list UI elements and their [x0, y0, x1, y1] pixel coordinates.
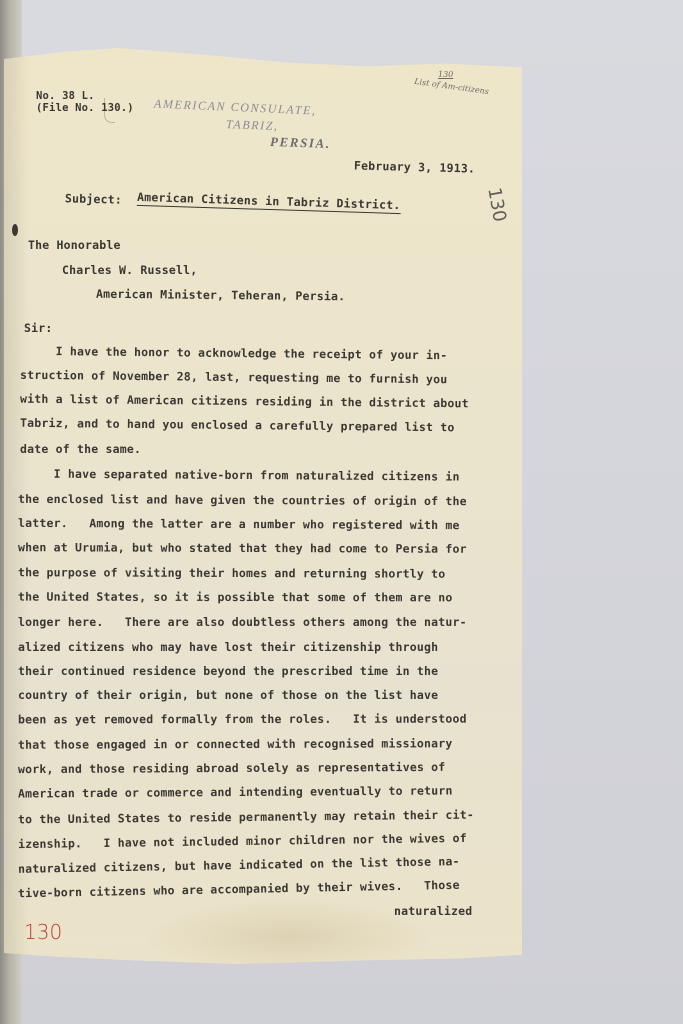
subject-label: Subject:: [65, 191, 122, 206]
body-line: the purpose of visiting their homes and …: [18, 565, 445, 580]
letter-page: No. 38 L. (File No. 130.) AMERICAN CONSU…: [4, 48, 522, 964]
body-line: latter. Among the latter are a number wh…: [18, 516, 460, 532]
body-line: country of their origin, but none of tho…: [18, 688, 438, 702]
body-line: date of the same.: [20, 442, 141, 456]
ink-blot: [12, 224, 18, 236]
consulate-stamp-line3: PERSIA.: [270, 134, 331, 152]
file-number: (File No. 130.): [36, 102, 134, 114]
body-line: that those engaged in or connected with …: [18, 736, 453, 752]
catchword: naturalized: [394, 904, 472, 918]
body-line: when at Urumia, but who stated that they…: [18, 540, 467, 556]
addressee-title: The Honorable: [28, 238, 121, 252]
body-line: work, and those residing abroad solely a…: [18, 760, 445, 776]
body-line: the United States, so it is possible tha…: [18, 590, 453, 605]
body-line: their continued residence beyond the pre…: [18, 664, 438, 678]
addressee-position: American Minister, Teheran, Persia.: [96, 287, 345, 304]
addressee-name: Charles W. Russell,: [62, 263, 197, 277]
reference-number: No. 38 L.: [36, 90, 95, 102]
red-page-number: 130: [24, 920, 62, 944]
body-line: alized citizens who may have lost their …: [18, 640, 438, 654]
handwritten-page-number: 130: [438, 70, 453, 79]
body-line: longer here. There are also doubtless ot…: [18, 615, 467, 629]
consulate-stamp-line2: TABRIZ,: [226, 117, 279, 134]
body-line: the enclosed list and have given the cou…: [18, 492, 467, 508]
salutation: Sir:: [24, 321, 53, 335]
body-line: been as yet removed formally from the ro…: [18, 712, 467, 727]
